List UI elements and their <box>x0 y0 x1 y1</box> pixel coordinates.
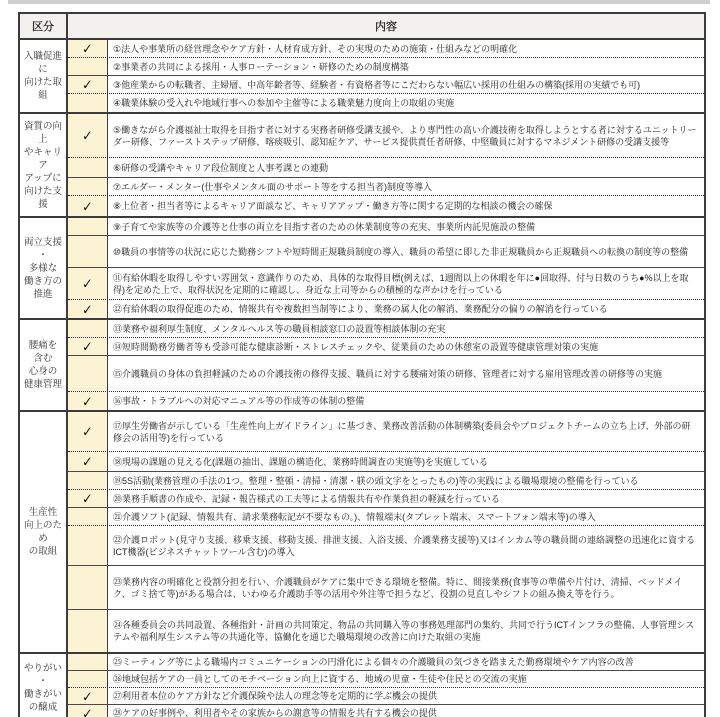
table-row: ㉕ミーティング等による職場内コミュニケーションの円滑化による個々の介護職員の気づ… <box>68 654 704 671</box>
table-row: ✓⑰厚生労働省が示している「生産性向上ガイドライン」に基づき、業務改善活動の体制… <box>68 412 704 452</box>
row-text: ⑫有給休暇の取得促進のため、情報共有や複数担当制等により、業務の属人化の解消、業… <box>108 300 704 318</box>
check-cell-checked: ✓ <box>68 412 108 451</box>
row-text: ㉔各種委員会の共同設置、各種指針・計画の共同策定、物品の共同購入等の事務処理部門… <box>108 610 704 652</box>
row-text: ⑨子育てや家族等の介護等と仕事の両立を目指す者のための休業制度等の充実、事業所内… <box>108 218 704 235</box>
check-cell-empty <box>68 178 108 195</box>
check-cell-checked: ✓ <box>68 300 108 318</box>
checkmark-icon: ✓ <box>82 689 93 703</box>
section-rows: ⑨子育てや家族等の介護等と仕事の両立を目指す者のための休業制度等の充実、事業所内… <box>68 218 704 318</box>
table-row: ②事業者の共同による採用・人事ローテーション・研修のための制度構築 <box>68 58 704 76</box>
category-cell: 両立支援 ・ 多様な 働き方の 推進 <box>20 218 68 318</box>
table-row: ㉖地域包括ケアの一員としてのモチベーション向上に資する、地域の児童・生徒や住民と… <box>68 671 704 688</box>
row-text: ⑰厚生労働省が示している「生産性向上ガイドライン」に基づき、業務改善活動の体制構… <box>108 412 704 451</box>
section-rows: ✓⑰厚生労働省が示している「生産性向上ガイドライン」に基づき、業務改善活動の体制… <box>68 412 704 652</box>
check-cell-checked: ✓ <box>68 452 108 471</box>
check-cell-empty <box>68 654 108 670</box>
table-row: ⑲5S活動(業務管理の手法の1つ。整理・整頓・清掃・清潔・躾の頭文字をとったもの… <box>68 472 704 490</box>
section-1: 入職促進に 向けた取組✓①法人や事業所の経営理念やケア方針・人材育成方針、その実… <box>20 40 704 114</box>
check-cell-empty <box>68 671 108 687</box>
table-row: ✓㉘ケアの好事例や、利用者やその家族からの謝意等の情報を共有する機会の提供 <box>68 705 704 717</box>
table-row: ④職業体験の受入れや地域行事への参加や主催等による職業魅力度向上の取組の実施 <box>68 94 704 112</box>
section-4: 腰痛を 含む 心身の 健康管理⑬業務や福利厚生制度、メンタルヘルス等の職員相談窓… <box>20 320 704 412</box>
check-cell-empty <box>68 526 108 565</box>
check-cell-checked: ✓ <box>68 490 108 507</box>
header-category-cell: 区分 <box>20 14 68 38</box>
row-text: ⑲5S活動(業務管理の手法の1つ。整理・整頓・清掃・清潔・躾の頭文字をとったもの… <box>108 472 704 489</box>
row-text: ④職業体験の受入れや地域行事への参加や主催等による職業魅力度向上の取組の実施 <box>108 94 704 112</box>
row-text: ⑳業務手順書の作成や、記録・報告様式の工夫等による情報共有や作業負担の軽減を行っ… <box>108 490 704 507</box>
check-cell-empty <box>68 610 108 652</box>
checkmark-icon: ✓ <box>82 41 93 55</box>
table-row: ✓⑧上位者・担当者等によるキャリア面談など、キャリアアップ・働き方等に関する定期… <box>68 196 704 216</box>
table-row: ⑮介護職員の身体の負担軽減のための介護技術の修得支援、職員に対する腰痛対策の研修… <box>68 356 704 392</box>
row-text: ⑱現場の課題の見える化(課題の抽出、課題の構造化、業務時間調査の実施等)を実施し… <box>108 452 704 471</box>
checkmark-icon: ✓ <box>82 706 93 717</box>
table-row: ✓⑪有給休暇を取得しやすい雰囲気・意識作りのため、具体的な取得目標(例えば、1週… <box>68 268 704 300</box>
table-row: ✓㉗利用者本位のケア方針など介護保険や法人の理念等を定期的に学ぶ機会の提供 <box>68 688 704 705</box>
category-cell: 資質の向上 やキャリア アップに 向けた支援 <box>20 114 68 216</box>
check-cell-checked: ✓ <box>68 40 108 57</box>
row-text: ㉒介護ロボット(見守り支援、移乗支援、移動支援、排泄支援、入浴支援、介護業務支援… <box>108 526 704 565</box>
check-cell-checked: ✓ <box>68 705 108 717</box>
checkmark-icon: ✓ <box>82 276 93 290</box>
table-row: ⑨子育てや家族等の介護等と仕事の両立を目指す者のための休業制度等の充実、事業所内… <box>68 218 704 236</box>
section-rows: ✓⑤働きながら介護福祉士取得を目指す者に対する実務者研修受講支援や、より専門性の… <box>68 114 704 216</box>
table-header-row: 区分 内容 <box>20 14 704 40</box>
row-text: ⑩職員の事情等の状況に応じた勤務シフトや短時間正規職員制度の導入、職員の希望に即… <box>108 236 704 267</box>
row-text: ⑧上位者・担当者等によるキャリア面談など、キャリアアップ・働き方等に関する定期的… <box>108 196 704 216</box>
scan-edge-artifact <box>8 0 710 4</box>
category-cell: やりがい ・ 働きがい の醸成 <box>20 654 68 717</box>
table-row: ✓⑳業務手順書の作成や、記録・報告様式の工夫等による情報共有や作業負担の軽減を行… <box>68 490 704 508</box>
check-cell-checked: ✓ <box>68 688 108 704</box>
check-cell-checked: ✓ <box>68 196 108 216</box>
row-text: ②事業者の共同による採用・人事ローテーション・研修のための制度構築 <box>108 58 704 75</box>
checkmark-icon: ✓ <box>82 424 93 438</box>
table-row: ✓⑱現場の課題の見える化(課題の抽出、課題の構造化、業務時間調査の実施等)を実施… <box>68 452 704 472</box>
row-text: ㉓業務内容の明確化と役割分担を行い、介護職員がケアに集中できる環境を整備。特に、… <box>108 566 704 609</box>
checkmark-icon: ✓ <box>82 394 93 408</box>
table-row: ㉓業務内容の明確化と役割分担を行い、介護職員がケアに集中できる環境を整備。特に、… <box>68 566 704 610</box>
row-text: ⑪有給休暇を取得しやすい雰囲気・意識作りのため、具体的な取得目標(例えば、1週間… <box>108 268 704 299</box>
table-row: ⑥研修の受講やキャリア段位制度と人事考課との連動 <box>68 158 704 178</box>
checklist-table: 区分 内容 入職促進に 向けた取組✓①法人や事業所の経営理念やケア方針・人材育成… <box>18 12 706 717</box>
row-text: ⑬業務や福利厚生制度、メンタルヘルス等の職員相談窓口の設置等相談体制の充実 <box>108 320 704 337</box>
check-cell-empty <box>68 236 108 267</box>
table-row: ⑩職員の事情等の状況に応じた勤務シフトや短時間正規職員制度の導入、職員の希望に即… <box>68 236 704 268</box>
check-cell-checked: ✓ <box>68 392 108 410</box>
check-cell-checked: ✓ <box>68 338 108 355</box>
check-cell-checked: ✓ <box>68 114 108 157</box>
row-text: ⑮介護職員の身体の負担軽減のための介護技術の修得支援、職員に対する腰痛対策の研修… <box>108 356 704 391</box>
check-cell-empty <box>68 218 108 235</box>
row-text: ⑤働きながら介護福祉士取得を目指す者に対する実務者研修受講支援や、より専門性の高… <box>108 114 704 157</box>
checkmark-icon: ✓ <box>82 302 93 316</box>
row-text: ㉗利用者本位のケア方針など介護保険や法人の理念等を定期的に学ぶ機会の提供 <box>108 688 704 704</box>
row-text: ⑭短時間勤務労働者等も受診可能な健康診断・ストレスチェックや、従業員のための休憩… <box>108 338 704 355</box>
row-text: ⑯事故・トラブルへの対応マニュアル等の作成等の体制の整備 <box>108 392 704 410</box>
row-text: ㉕ミーティング等による職場内コミュニケーションの円滑化による個々の介護職員の気づ… <box>108 654 704 670</box>
section-3: 両立支援 ・ 多様な 働き方の 推進⑨子育てや家族等の介護等と仕事の両立を目指す… <box>20 218 704 320</box>
section-2: 資質の向上 やキャリア アップに 向けた支援✓⑤働きながら介護福祉士取得を目指す… <box>20 114 704 218</box>
checkmark-icon: ✓ <box>82 339 93 353</box>
checkmark-icon: ✓ <box>82 199 93 213</box>
section-5: 生産性 向上のため の取組✓⑰厚生労働省が示している「生産性向上ガイドライン」に… <box>20 412 704 654</box>
check-cell-empty <box>68 356 108 391</box>
table-row: ⑬業務や福利厚生制度、メンタルヘルス等の職員相談窓口の設置等相談体制の充実 <box>68 320 704 338</box>
section-rows: ㉕ミーティング等による職場内コミュニケーションの円滑化による個々の介護職員の気づ… <box>68 654 704 717</box>
category-cell: 入職促進に 向けた取組 <box>20 40 68 112</box>
table-row: ✓③他産業からの転職者、主婦層、中高年齢者等、経験者・有資格者等にこだわらない幅… <box>68 76 704 94</box>
checkmark-icon: ✓ <box>82 454 93 468</box>
row-text: ③他産業からの転職者、主婦層、中高年齢者等、経験者・有資格者等にこだわらない幅広… <box>108 76 704 93</box>
table-row: ✓⑫有給休暇の取得促進のため、情報共有や複数担当制等により、業務の属人化の解消、… <box>68 300 704 318</box>
checkmark-icon: ✓ <box>82 128 93 142</box>
table-row: ✓⑭短時間勤務労働者等も受診可能な健康診断・ストレスチェックや、従業員のための休… <box>68 338 704 356</box>
check-cell-empty <box>68 58 108 75</box>
category-cell: 腰痛を 含む 心身の 健康管理 <box>20 320 68 410</box>
checkmark-icon: ✓ <box>82 77 93 91</box>
row-text: ㉑介護ソフト(記録、情報共有、請求業務転記が不要なもの。)、情報端末(タブレット… <box>108 508 704 525</box>
check-cell-checked: ✓ <box>68 268 108 299</box>
check-cell-empty <box>68 158 108 177</box>
row-text: ⑦エルダー・メンター(仕事やメンタル面のサポート等をする担当者)制度等導入 <box>108 178 704 195</box>
table-row: ㉑介護ソフト(記録、情報共有、請求業務転記が不要なもの。)、情報端末(タブレット… <box>68 508 704 526</box>
check-cell-empty <box>68 472 108 489</box>
table-row: ㉒介護ロボット(見守り支援、移乗支援、移動支援、排泄支援、入浴支援、介護業務支援… <box>68 526 704 566</box>
checkmark-icon: ✓ <box>82 491 93 505</box>
section-rows: ⑬業務や福利厚生制度、メンタルヘルス等の職員相談窓口の設置等相談体制の充実✓⑭短… <box>68 320 704 410</box>
table-row: ✓⑯事故・トラブルへの対応マニュアル等の作成等の体制の整備 <box>68 392 704 410</box>
table-row: ㉔各種委員会の共同設置、各種指針・計画の共同策定、物品の共同購入等の事務処理部門… <box>68 610 704 652</box>
row-text: ㉖地域包括ケアの一員としてのモチベーション向上に資する、地域の児童・生徒や住民と… <box>108 671 704 687</box>
check-cell-empty <box>68 508 108 525</box>
section-rows: ✓①法人や事業所の経営理念やケア方針・人材育成方針、その実現のための施策・仕組み… <box>68 40 704 112</box>
check-cell-empty <box>68 566 108 609</box>
section-6: やりがい ・ 働きがい の醸成㉕ミーティング等による職場内コミュニケーションの円… <box>20 654 704 717</box>
check-cell-empty <box>68 320 108 337</box>
row-text: ①法人や事業所の経営理念やケア方針・人材育成方針、その実現のための施策・仕組みな… <box>108 40 704 57</box>
category-cell: 生産性 向上のため の取組 <box>20 412 68 652</box>
check-cell-empty <box>68 94 108 112</box>
table-body: 入職促進に 向けた取組✓①法人や事業所の経営理念やケア方針・人材育成方針、その実… <box>20 40 704 717</box>
header-content-cell: 内容 <box>68 14 704 38</box>
row-text: ㉘ケアの好事例や、利用者やその家族からの謝意等の情報を共有する機会の提供 <box>108 705 704 717</box>
table-row: ✓⑤働きながら介護福祉士取得を目指す者に対する実務者研修受講支援や、より専門性の… <box>68 114 704 158</box>
table-row: ✓①法人や事業所の経営理念やケア方針・人材育成方針、その実現のための施策・仕組み… <box>68 40 704 58</box>
check-cell-checked: ✓ <box>68 76 108 93</box>
table-row: ⑦エルダー・メンター(仕事やメンタル面のサポート等をする担当者)制度等導入 <box>68 178 704 196</box>
row-text: ⑥研修の受講やキャリア段位制度と人事考課との連動 <box>108 158 704 177</box>
